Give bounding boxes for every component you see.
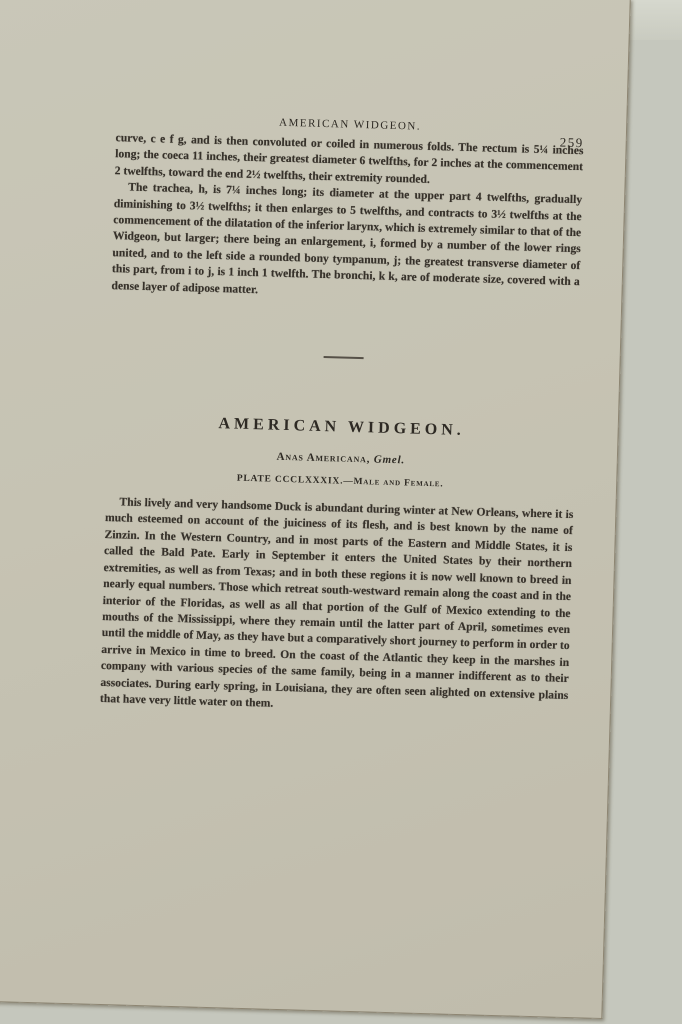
latin-name: Anas Americana, Gmel.: [107, 446, 575, 471]
running-head-text: AMERICAN WIDGEON.: [279, 117, 421, 133]
book-page: AMERICAN WIDGEON. 259 curve, c e f g, an…: [0, 0, 631, 1019]
continuation-paragraph: The trachea, h, is 7¼ inches long; its d…: [111, 179, 582, 307]
page-number: 259: [559, 135, 583, 152]
page-content: AMERICAN WIDGEON. 259 curve, c e f g, an…: [100, 112, 584, 720]
latin-author: Gmel.: [374, 454, 406, 467]
section-body: This lively and very handsome Duck is ab…: [100, 494, 574, 720]
plate-caption: PLATE CCCLXXXIX.—Male and Female.: [106, 470, 574, 493]
section-divider: [324, 356, 364, 359]
section-title: AMERICAN WIDGEON.: [107, 412, 575, 443]
latin-name-text: Anas Americana,: [276, 451, 370, 466]
